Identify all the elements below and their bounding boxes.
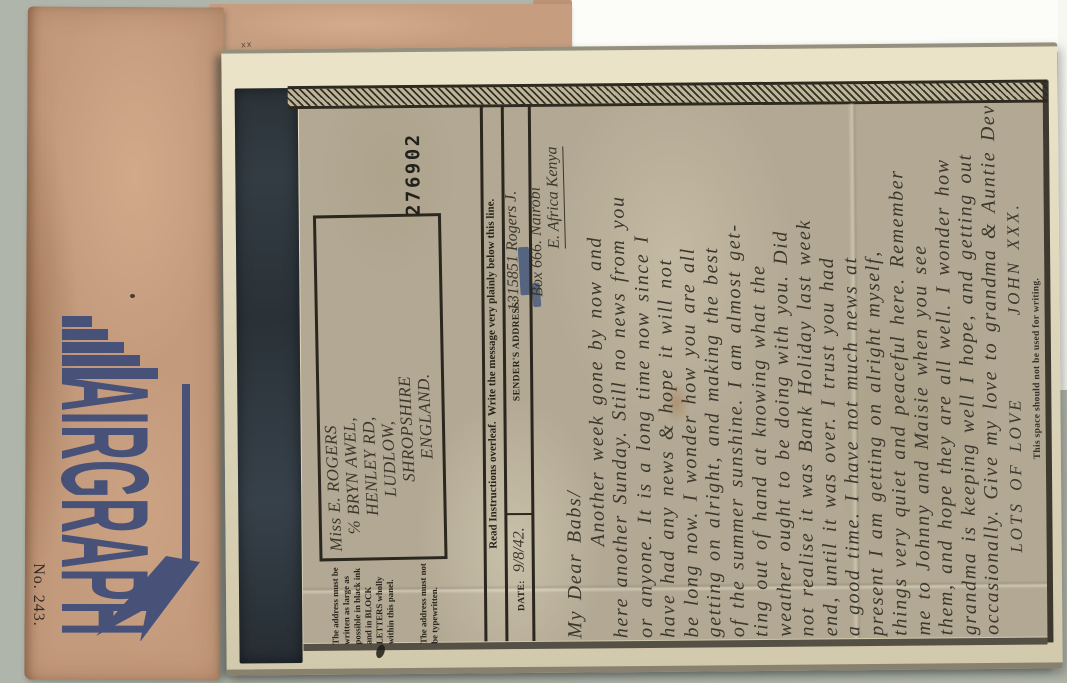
- airgraph-letter: The address must be written as large as …: [221, 42, 1062, 675]
- airgraph-stamp: AIRGRAPH: [50, 306, 220, 641]
- film-edge: [227, 662, 1063, 675]
- airgraph-wing-icon: [62, 316, 158, 379]
- envelope-speck: [130, 294, 135, 298]
- film-dark-band: [235, 88, 303, 664]
- sender-address-label: SENDER'S ADDRESS:: [511, 298, 522, 401]
- date-value: 9/8/42.: [510, 527, 527, 572]
- address-panel: Miss E. ROGERS ℅ BRYN AWEL, HENLEY RD, L…: [313, 213, 448, 561]
- typewritten-instruction: The address must not be typewritten.: [418, 558, 441, 644]
- address-line: ENGLAND.: [414, 373, 437, 460]
- airgraph-stamp-text: AIRGRAPH: [50, 376, 173, 636]
- airgraph-photo-scene: xx No. 243. AIRGRAPH: [0, 0, 1067, 683]
- recipient-address: Miss E. ROGERS ℅ BRYN AWEL, HENLEY RD, L…: [319, 373, 441, 552]
- date-cell: DATE: 9/8/42.: [510, 527, 529, 611]
- airgraph-form: The address must be written as large as …: [221, 42, 1062, 675]
- handwritten-message: My Dear Babs/ Another week gone by now a…: [560, 105, 1028, 639]
- envelope-number-label: No. 243.: [25, 543, 47, 647]
- address-instructions: The address must be written as large as …: [330, 558, 397, 645]
- airgraph-logo: AIRGRAPH: [50, 306, 220, 641]
- date-label: DATE:: [517, 580, 527, 611]
- cell-divider: [506, 513, 532, 515]
- pencil-mark: xx: [241, 39, 253, 49]
- serial-number: 276902: [402, 132, 425, 216]
